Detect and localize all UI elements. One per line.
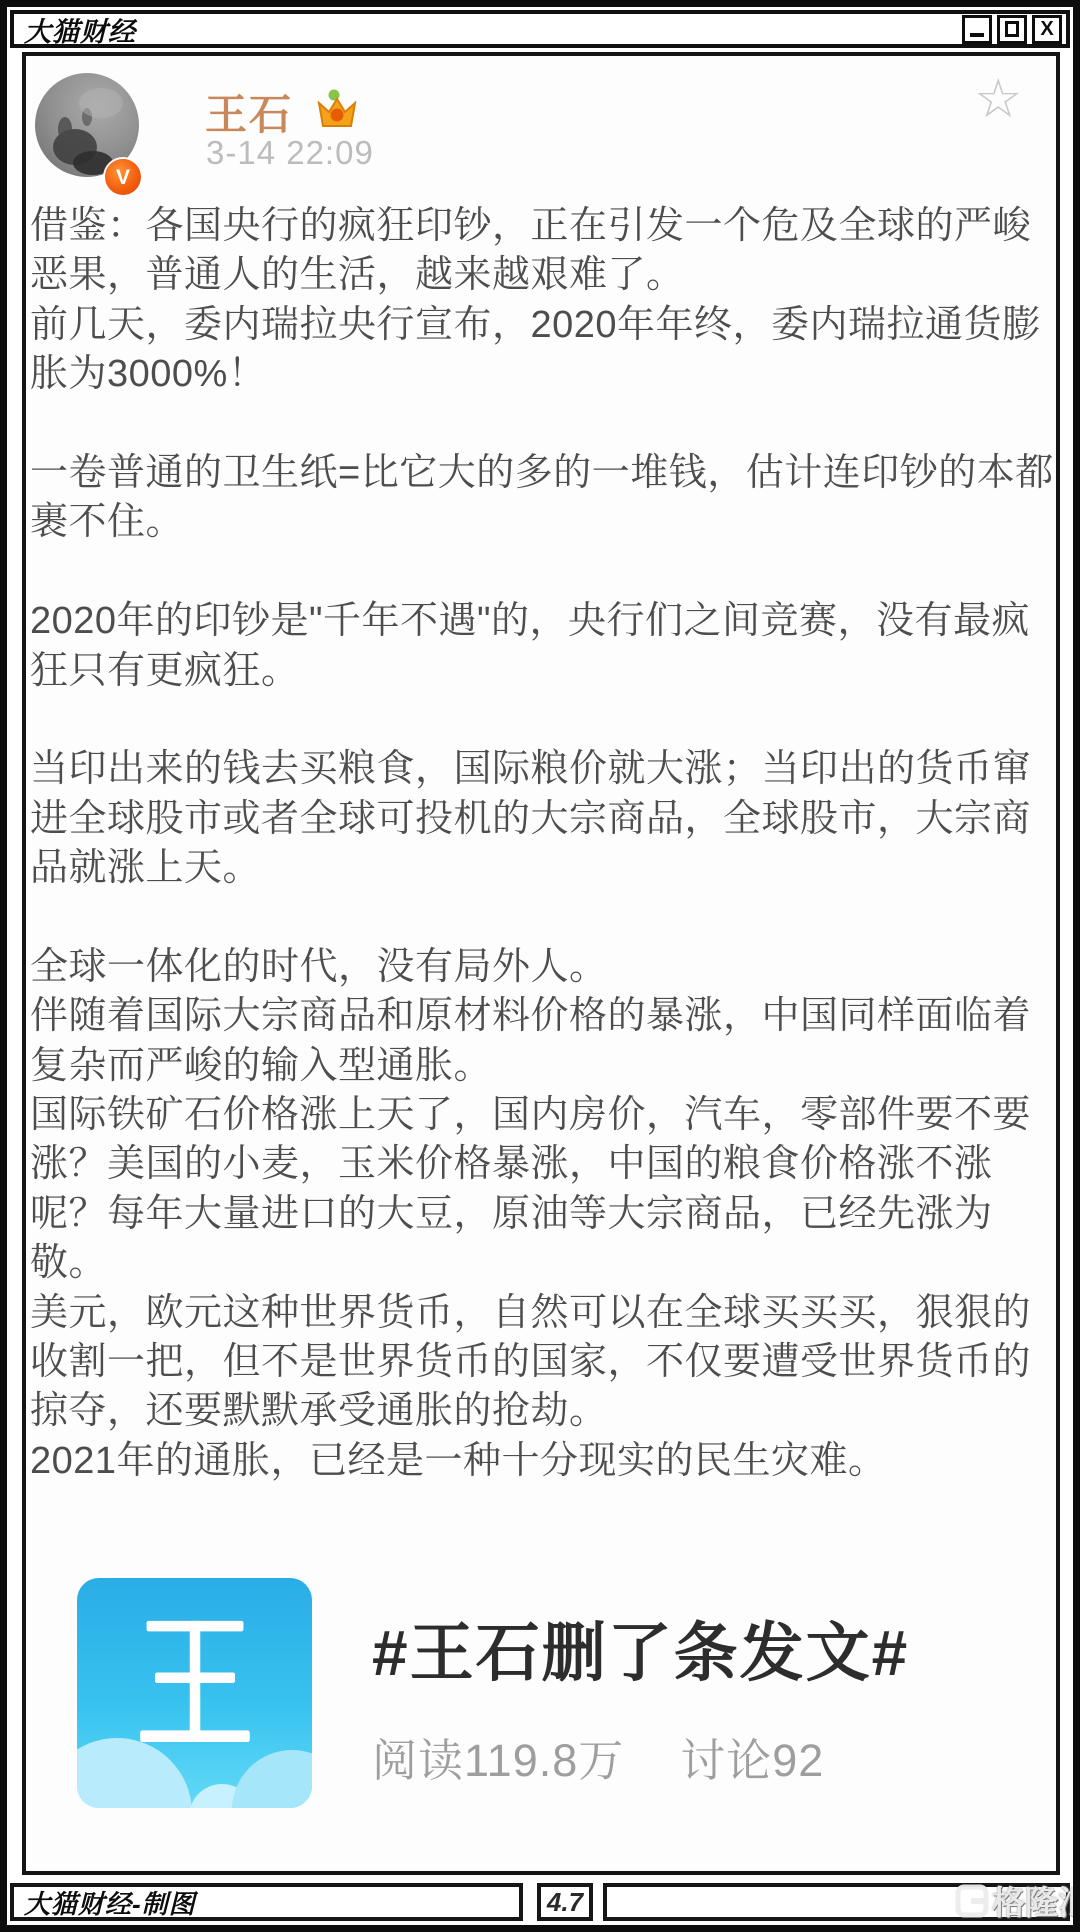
post-text-line xyxy=(30,696,1044,745)
watermark: 格隆汇 xyxy=(955,1877,1080,1924)
post-text-line: 胀为3000%！ xyxy=(30,350,1044,399)
post-text-line: 2020年的印钞是"千年不遇"的，央行们之间竞赛，没有最疯 xyxy=(30,597,1044,646)
post-panel: V 王石 3-14 22:09 ☆ 借鉴：各国央行的疯狂印钞，正在引发一个危及全… xyxy=(22,52,1060,1875)
post-text-line: 一卷普通的卫生纸=比它大的多的一堆钱，估计连印钞的本都 xyxy=(30,449,1044,498)
discussions-count: 讨论92 xyxy=(680,1735,824,1786)
avatar[interactable]: V xyxy=(35,73,139,177)
footer-credit: 大猫财经-制图 xyxy=(14,1884,196,1921)
close-button[interactable]: X xyxy=(1032,15,1062,44)
hashtag-logo-icon xyxy=(77,1578,312,1808)
post-text-line: 全球一体化的时代，没有局外人。 xyxy=(30,943,1044,992)
close-icon: X xyxy=(1040,19,1053,39)
window-title-bar: 大猫财经 X xyxy=(10,10,1070,48)
watermark-text: 格隆汇 xyxy=(992,1877,1080,1924)
verified-v-badge-icon: V xyxy=(105,159,141,195)
vip-crown-icon[interactable] xyxy=(314,88,360,132)
footer-credit-box: 大猫财经-制图 xyxy=(10,1883,523,1921)
post-text-line: 进全球股市或者全球可投机的大宗商品，全球股市，大宗商 xyxy=(30,795,1044,844)
maximize-icon xyxy=(1005,21,1019,37)
post-text-line: 复杂而严峻的输入型通胀。 xyxy=(30,1042,1044,1091)
post-timestamp: 3-14 22:09 xyxy=(206,134,374,172)
gelonghui-logo-icon xyxy=(955,1884,989,1918)
screenshot-frame: 大猫财经 X xyxy=(0,0,1080,1932)
minimize-icon xyxy=(970,33,984,37)
post-text-line: 呢？每年大量进口的大豆，原油等大宗商品，已经先涨为 xyxy=(30,1190,1044,1239)
post-text-line: 恶果，普通人的生活，越来越艰难了。 xyxy=(30,251,1044,300)
post-text-line: 涨？美国的小麦，玉米价格暴涨，中国的粮食价格涨不涨 xyxy=(30,1140,1044,1189)
post-text-line: 收割一把，但不是世界货币的国家，不仅要遭受世界货币的 xyxy=(30,1338,1044,1387)
post-text-line: 前几天，委内瑞拉央行宣布，2020年年终，委内瑞拉通货膨 xyxy=(30,301,1044,350)
wang-character-glyph xyxy=(121,1604,269,1762)
post-text-line: 借鉴：各国央行的疯狂印钞，正在引发一个危及全球的严峻 xyxy=(30,202,1044,251)
post-text-line xyxy=(30,893,1044,942)
post-text-line: 伴随着国际大宗商品和原材料价格的暴涨，中国同样面临着 xyxy=(30,992,1044,1041)
minimize-button[interactable] xyxy=(962,15,992,44)
hashtag-stats: 阅读119.8万讨论92 xyxy=(372,1724,824,1789)
hashtag-card[interactable]: #王石删了条发文# 阅读119.8万讨论92 xyxy=(26,1566,1056,1866)
post-text-line: 美元，欧元这种世界货币，自然可以在全球买买买，狠狠的 xyxy=(30,1289,1044,1338)
post-text-line: 掠夺，还要默默承受通胀的抢劫。 xyxy=(30,1387,1044,1436)
post-text-line: 品就涨上天。 xyxy=(30,844,1044,893)
post-body: 借鉴：各国央行的疯狂印钞，正在引发一个危及全球的严峻恶果，普通人的生活，越来越艰… xyxy=(30,202,1044,1486)
author-name[interactable]: 王石 xyxy=(205,82,293,142)
post-text-line: 国际铁矿石价格涨上天了，国内房价，汽车，零部件要不要 xyxy=(30,1091,1044,1140)
post-text-line xyxy=(30,400,1044,449)
post-text-line: 裹不住。 xyxy=(30,498,1044,547)
window-controls: X xyxy=(962,15,1066,44)
window-title: 大猫财经 xyxy=(14,10,136,49)
hashtag-title[interactable]: #王石删了条发文# xyxy=(372,1602,909,1694)
star-favorite-icon[interactable]: ☆ xyxy=(974,72,1022,126)
post-text-line: 狂只有更疯狂。 xyxy=(30,647,1044,696)
footer-page-box: 4.7 xyxy=(537,1883,593,1921)
post-text-line xyxy=(30,548,1044,597)
post-text-line: 敬。 xyxy=(30,1239,1044,1288)
footer-page-label: 4.7 xyxy=(547,1887,583,1918)
post-text-line: 2021年的通胀，已经是一种十分现实的民生灾难。 xyxy=(30,1437,1044,1486)
post-text-line: 当印出来的钱去买粮食，国际粮价就大涨；当印出的货币窜 xyxy=(30,745,1044,794)
maximize-button[interactable] xyxy=(997,15,1027,44)
reads-count: 阅读119.8万 xyxy=(372,1735,624,1786)
